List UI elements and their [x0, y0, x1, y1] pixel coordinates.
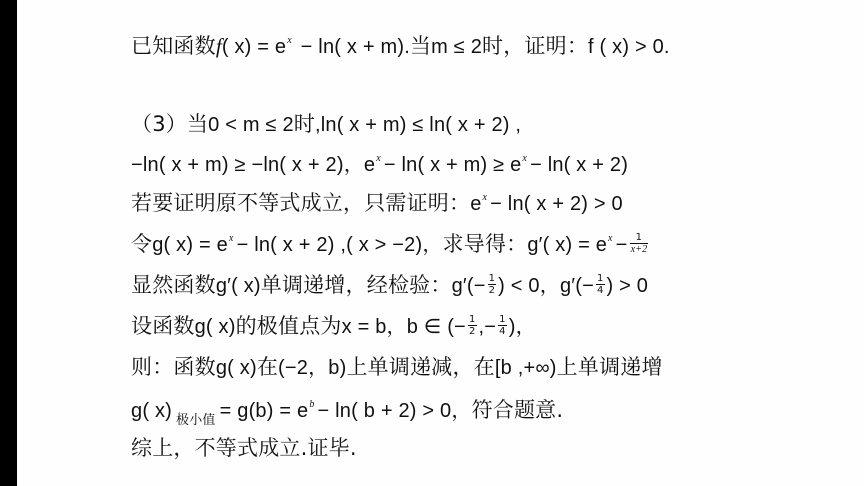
math-expr: = g(b) = e — [220, 400, 309, 422]
text-cn: （3）当 — [131, 112, 208, 136]
exponent: x — [229, 233, 234, 244]
fraction: 14 — [596, 273, 605, 296]
math-expr: x = b， — [342, 316, 407, 338]
statement-prefix: 已知函数 — [131, 34, 216, 58]
line-part3-intro: （3）当0 < m ≤ 2时,ln( x + m) ≤ ln( x + 2) , — [131, 110, 521, 139]
statement-math-rest: − ln( x + m). — [295, 36, 410, 58]
math-e: e — [470, 193, 481, 215]
fraction-denominator: x+2 — [630, 244, 649, 255]
fraction-numerator: 1 — [468, 314, 477, 326]
text-cn: 上单调递增 — [557, 355, 663, 379]
text-cn: 单调递增，经检验： — [261, 273, 452, 297]
line-intervals: 则：函数g( x)在(−2，b)上单调递减，在[b ,+∞)上单调递增 — [131, 353, 663, 382]
math-expr: g′( x) — [216, 275, 261, 297]
math-expr: − — [616, 234, 628, 256]
math-expr: − ln( b + 2) > 0， — [318, 400, 472, 422]
problem-statement: 已知函数f( x) = ex − ln( x + m).当m ≤ 2时，证明：f… — [131, 32, 670, 65]
math-expr: )， — [509, 316, 536, 338]
statement-condition: m ≤ 2 — [431, 36, 482, 58]
math-expr: ) > 0 — [607, 275, 649, 297]
text-cn: 若要证明原不等式成立，只需证明： — [131, 191, 470, 215]
text-cn: 令 — [131, 232, 152, 256]
math-expr: g′(− — [452, 275, 486, 297]
math-expr: g( x) — [195, 316, 236, 338]
exponent: x — [287, 35, 292, 46]
exponent: x — [608, 233, 613, 244]
math-expr: − ln( x + 2) — [530, 154, 628, 176]
fraction-denominator: 4 — [498, 326, 507, 337]
math-expr: b ∈ (− — [407, 316, 466, 338]
line-conclusion: 综上，不等式成立.证毕. — [131, 434, 357, 462]
exponent: x — [483, 192, 488, 203]
text-cn: 上单调递减，在 — [346, 355, 494, 379]
math-e: e — [364, 154, 375, 176]
subscript-label: 极小值 — [176, 413, 216, 428]
fraction: 12 — [468, 314, 477, 337]
math-expr: g′(− — [560, 275, 594, 297]
statement-math: ( x) = e — [222, 36, 286, 58]
line-reduce: 若要证明原不等式成立，只需证明：ex− ln( x + 2) > 0 — [131, 189, 623, 222]
exponent: x — [376, 153, 381, 164]
line-minimum: g( x)极小值= g(b) = eb− ln( b + 2) > 0，符合题意… — [131, 396, 563, 429]
text-cn: 综上，不等式成立.证毕. — [131, 436, 357, 460]
math-expr: − ln( x + 2) ,( x > −2)， — [237, 234, 443, 256]
fraction-numerator: 1 — [488, 273, 497, 285]
statement-goal: f ( x) > 0. — [588, 36, 670, 58]
fraction-denominator: 4 — [596, 285, 605, 296]
math-expr: ) < 0， — [498, 275, 560, 297]
fraction-denominator: 2 — [488, 285, 497, 296]
exponent: b — [309, 399, 314, 410]
math-expr: ,− — [479, 316, 497, 338]
math-expr: − ln( x + 2) > 0 — [490, 193, 623, 215]
fraction-numerator: 1 — [498, 314, 507, 326]
fraction: 14 — [498, 314, 507, 337]
fraction-numerator: 1 — [630, 232, 649, 244]
math-expr: g( x) — [216, 357, 257, 379]
text-cn: 显然函数 — [131, 273, 216, 297]
exponent: x — [522, 153, 527, 164]
line-extreme: 设函数g( x)的极值点为x = b，b ∈ (−12,−14)， — [131, 312, 536, 341]
fraction-denominator: 2 — [468, 326, 477, 337]
left-black-bar — [0, 0, 17, 486]
statement-cond-cn: 当 — [410, 34, 431, 58]
line-negated: −ln( x + m) ≥ −ln( x + 2)，ex− ln( x + m)… — [131, 150, 628, 183]
text-cn: 设函数 — [131, 314, 195, 338]
fraction: 1x+2 — [630, 232, 649, 255]
math-expr: ,ln( x + m) ≤ ln( x + 2) , — [315, 114, 521, 136]
math-expr: g( x) — [131, 400, 172, 422]
math-expr: g( x) = e — [152, 234, 228, 256]
statement-cond-cn2: 时，证明： — [482, 34, 588, 58]
math-expr: −ln( x + m) ≥ −ln( x + 2)， — [131, 154, 364, 176]
fraction-numerator: 1 — [596, 273, 605, 285]
math-expr: g′( x) = e — [527, 234, 607, 256]
text-cn: 符合题意. — [472, 398, 564, 422]
line-monotone: 显然函数g′( x)单调递增，经检验：g′(−12) < 0，g′(−14) >… — [131, 271, 648, 300]
math-expr: (−2，b) — [278, 357, 346, 379]
math-expr: [b ,+∞) — [495, 357, 557, 379]
text-cn: 则：函数 — [131, 355, 216, 379]
text-cn: 求导得： — [443, 232, 528, 256]
text-cn: 时 — [294, 112, 315, 136]
text-cn: 的极值点为 — [236, 314, 342, 338]
text-cn: 在 — [257, 355, 278, 379]
math-expr: − ln( x + m) ≥ e — [384, 154, 522, 176]
math-expr: 0 < m ≤ 2 — [208, 114, 294, 136]
line-define-g: 令g( x) = ex− ln( x + 2) ,( x > −2)，求导得：g… — [131, 230, 650, 263]
fraction: 12 — [488, 273, 497, 296]
